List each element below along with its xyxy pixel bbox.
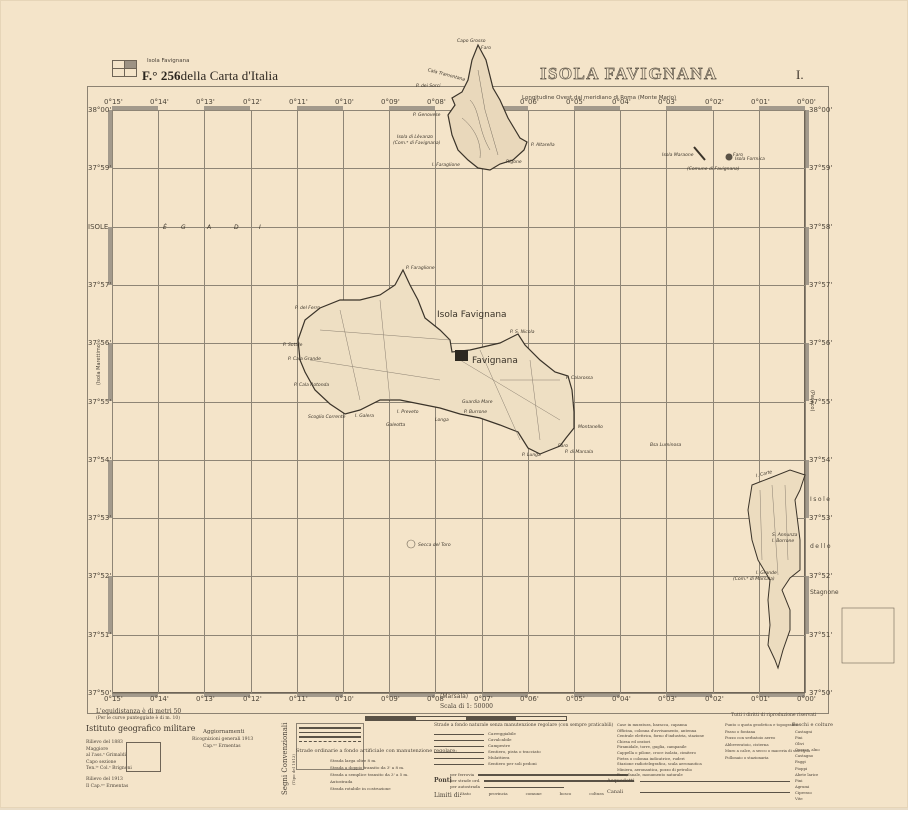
updates-title: Aggiornamenti [203,729,245,735]
place-label: I. Faraglione [432,163,460,168]
town-favignana: Favignana [472,356,518,366]
equidistance: L'equidistanza è di metri 50 [96,708,181,715]
place-label: Galeotta [386,423,405,428]
natural-roads-list: Carreggiabile Cavalcabile Campestre Sent… [434,731,541,767]
island-favignana [298,270,574,454]
place-label: P. S. Nicola [510,330,535,335]
place-label: P. di Marsala [565,450,593,455]
place-label: Bsa Luminosa [650,443,681,448]
updates-line: Ricognizioni generali 1913 [192,737,253,742]
natural-roads-title: Strade a fondo naturale senza manutenzio… [434,723,613,728]
place-label: P. Lunga [522,453,541,458]
limits-list: Stato provincia comune bosco coltura [460,791,604,796]
island-levanzo [448,45,527,170]
place-label: Guardia Mare [462,400,493,405]
vegetation-title: Boschi e colture [792,722,833,728]
place-label: P. Cala Rotonda [294,383,329,388]
updates-line: Cap.ⁿᵒ Ermentas [203,744,241,749]
place-label: P. Faraglione [406,266,435,271]
place-label: Scoglio Corrente [308,415,345,420]
scale-label: Scala di 1: 50000 [440,703,493,710]
aqueduct-line [640,781,790,782]
map-sheet: Isola Favignana F.° 256della Carta d'Ita… [0,0,908,810]
island-stagnone [748,470,805,668]
place-label: P. Burrone [464,410,487,415]
place-label: Isola Formica [735,157,765,162]
canal-line [640,792,790,793]
limits-label: Limiti di: [434,792,462,799]
place-label: Isola di Lèvanzo [397,135,433,140]
place-label: P. del Ferro [295,306,320,311]
place-label: S. Annunza [772,533,797,538]
place-label: I. Borrone [772,539,794,544]
place-label: Faro [481,46,491,51]
islands-layer [0,0,922,820]
institute-name: Istituto geografico militare [86,724,195,733]
place-label: P. Calarossa [566,376,593,381]
scale-bar [365,716,567,721]
place-label: P. Genovese [413,113,440,118]
place-label: Secca del Toro [418,543,451,548]
aqueducts-label: Acquedotti [607,778,635,784]
place-label: I. Galera [355,414,374,419]
conventional-signs-title: Segni Convenzionali [281,723,289,795]
place-label: I. Grande [756,571,777,576]
rights-notice: Tutti i diritti di riproduzione riservat… [731,713,816,718]
place-label: Faro [558,444,568,449]
locator-inset [126,742,161,772]
place-label: Montanello [578,425,603,430]
place-label: P. dei Sorci [416,84,440,89]
survey-credits-1913: Rilievo del 1913 Il Cap.ⁿᵒ Ermentas [86,777,128,790]
place-label: P. Sottile [283,343,302,348]
vegetation-list: Castagni Pini Olivi Querce, alno Castagn… [795,729,820,802]
place-label: I. Preveto [397,410,418,415]
island-name-favignana: Isola Favignana [437,310,507,320]
place-label: Longa [435,418,449,423]
place-label: (Com.ᵉ di Marsala) [733,577,775,582]
place-label: Isola Maraone [662,153,694,158]
canals-label: Canali [607,789,623,795]
equidistance-note: (Per le curve punteggiate è di m. 10) [96,716,180,721]
place-label: (Com.ᵉ di Favignana) [393,141,440,146]
place-label: Capo Grosso [457,39,485,44]
roads-list: Strada larga oltre 8 m. Strada a doppio … [330,757,409,792]
place-label: (Comune di Favignana) [687,167,740,172]
survey-credits: Rilievo del 1883 Maggiore al l'ass.ᵉ Gri… [86,740,132,773]
place-label: P. Altarella [531,143,555,148]
symbols-list: Case in muratura, baracca, capanna Offic… [617,722,704,778]
place-label: Rigone [506,160,522,165]
roads-title: Strade ordinarie a fondo artificiale con… [296,748,457,754]
place-label: P. Cala Grande [288,357,321,362]
